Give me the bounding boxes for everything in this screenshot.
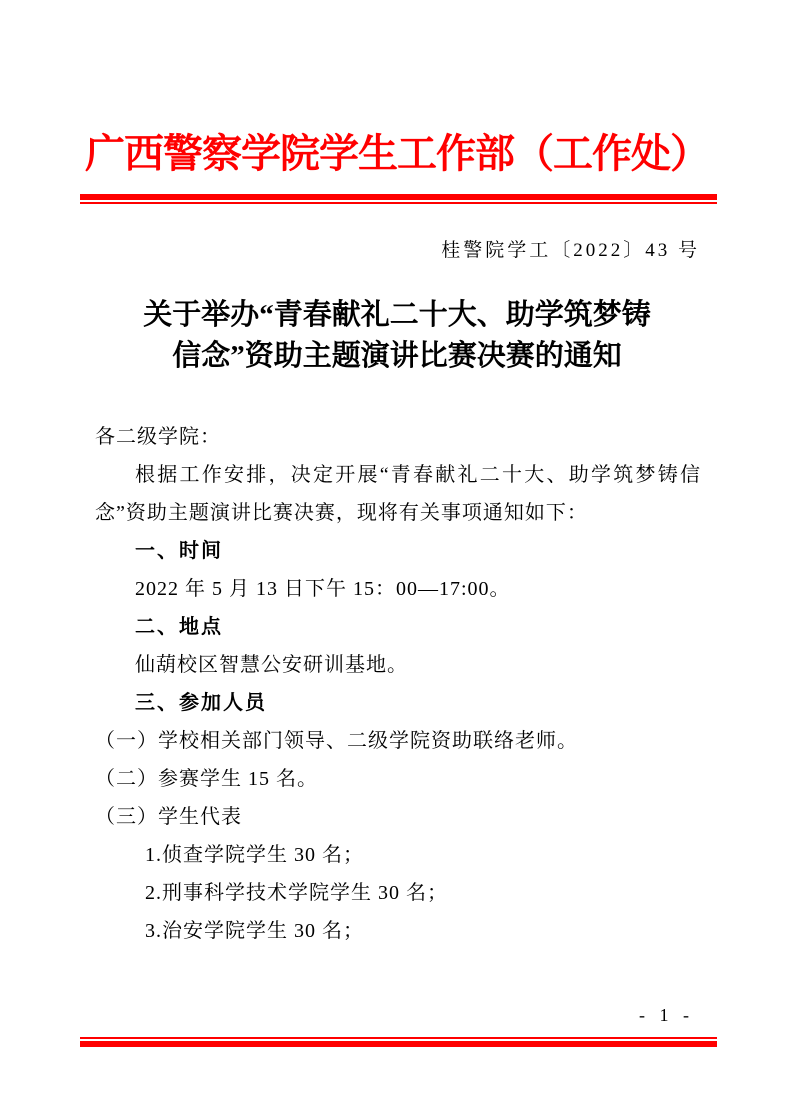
- participants-item-3: （三）学生代表: [95, 798, 701, 836]
- masthead-rule-thin-line: [80, 202, 717, 204]
- document-title-line1: 关于举办“青春献礼二十大、助学筑梦铸: [0, 295, 794, 336]
- participants-item-2: （二）参赛学生 15 名。: [95, 760, 701, 798]
- participants-item-1: （一）学校相关部门领导、二级学院资助联络老师。: [95, 722, 701, 760]
- section2-text: 仙葫校区智慧公安研训基地。: [95, 646, 701, 684]
- representatives-item-1: 1.侦查学院学生 30 名；: [95, 836, 701, 874]
- masthead-rule: [80, 194, 717, 204]
- document-title: 关于举办“青春献礼二十大、助学筑梦铸 信念”资助主题演讲比赛决赛的通知: [0, 295, 794, 377]
- representatives-item-2: 2.刑事科学技术学院学生 30 名；: [95, 874, 701, 912]
- section2-heading: 二、地点: [95, 608, 701, 646]
- document-page: 广西警察学院学生工作部（工作处） 桂警院学工〔2022〕43 号 关于举办“青春…: [0, 0, 794, 1108]
- intro-paragraph: 根据工作安排，决定开展“青春献礼二十大、助学筑梦铸信念”资助主题演讲比赛决赛，现…: [95, 456, 701, 532]
- footer-rule-thin-line: [80, 1037, 717, 1039]
- masthead-rule-thick-line: [80, 194, 717, 200]
- masthead-title: 广西警察学院学生工作部（工作处）: [0, 128, 794, 180]
- section1-text: 2022 年 5 月 13 日下午 15：00—17:00。: [95, 570, 701, 608]
- footer-rule: [80, 1037, 717, 1047]
- footer-rule-thick-line: [80, 1041, 717, 1047]
- document-body: 各二级学院： 根据工作安排，决定开展“青春献礼二十大、助学筑梦铸信念”资助主题演…: [95, 418, 701, 950]
- document-number: 桂警院学工〔2022〕43 号: [441, 238, 700, 264]
- document-title-line2: 信念”资助主题演讲比赛决赛的通知: [0, 336, 794, 377]
- page-number: - 1 -: [639, 1002, 694, 1028]
- representatives-item-3: 3.治安学院学生 30 名；: [95, 912, 701, 950]
- section3-heading: 三、参加人员: [95, 684, 701, 722]
- salutation: 各二级学院：: [95, 418, 701, 456]
- section1-heading: 一、时间: [95, 532, 701, 570]
